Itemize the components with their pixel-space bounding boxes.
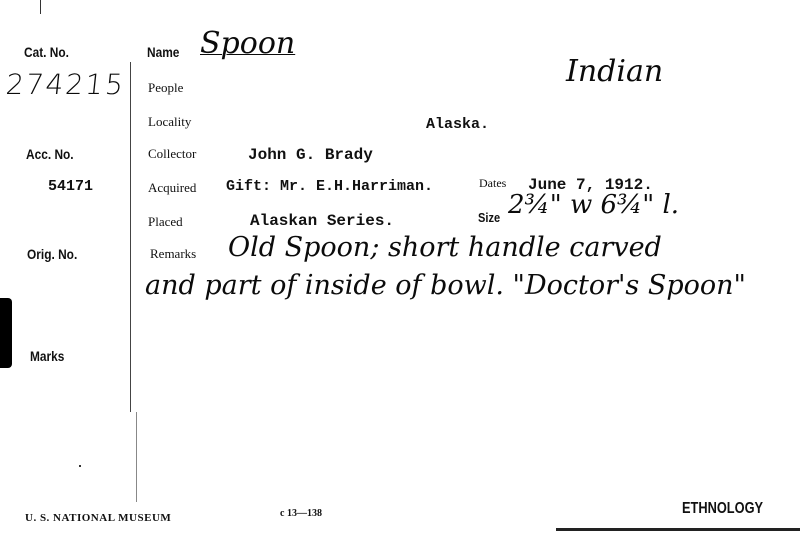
institution-name: U. S. NATIONAL MUSEUM xyxy=(25,512,171,524)
people-value: Indian xyxy=(566,54,663,89)
collector-value: John G. Brady xyxy=(248,146,373,164)
orig-no-label: Orig. No. xyxy=(27,246,77,262)
locality-label: Locality xyxy=(148,114,191,130)
locality-value: Alaska. xyxy=(426,116,489,133)
remarks-line-1: Old Spoon; short handle carved xyxy=(228,232,662,263)
cat-no-value: 274215 xyxy=(4,68,126,101)
name-value: Spoon xyxy=(200,26,295,61)
placed-value: Alaskan Series. xyxy=(250,212,394,230)
remarks-label: Remarks xyxy=(150,246,196,262)
acquired-label: Acquired xyxy=(148,180,196,196)
column-divider xyxy=(130,62,131,412)
acc-no-label: Acc. No. xyxy=(26,146,74,162)
size-value: 2¾" w 6¾" l. xyxy=(508,190,679,220)
acc-no-value: 54171 xyxy=(48,178,93,195)
size-label: Size xyxy=(478,210,500,225)
remarks-line-2: and part of inside of bowl. "Doctor's Sp… xyxy=(145,270,746,301)
collector-label: Collector xyxy=(148,146,196,162)
scan-edge-mark xyxy=(0,298,12,368)
column-divider-lower xyxy=(136,412,137,502)
top-tick-mark xyxy=(40,0,41,14)
department-name: ETHNOLOGY xyxy=(682,500,763,518)
stray-dot xyxy=(79,465,81,467)
people-label: People xyxy=(148,80,183,96)
dates-label: Dates xyxy=(479,176,506,191)
form-code: c 13—138 xyxy=(280,508,322,519)
name-label: Name xyxy=(147,44,179,60)
marks-label: Marks xyxy=(30,348,64,364)
cat-no-label: Cat. No. xyxy=(24,44,69,60)
placed-label: Placed xyxy=(148,214,183,230)
bottom-edge-line xyxy=(556,528,800,531)
acquired-value: Gift: Mr. E.H.Harriman. xyxy=(226,178,433,195)
